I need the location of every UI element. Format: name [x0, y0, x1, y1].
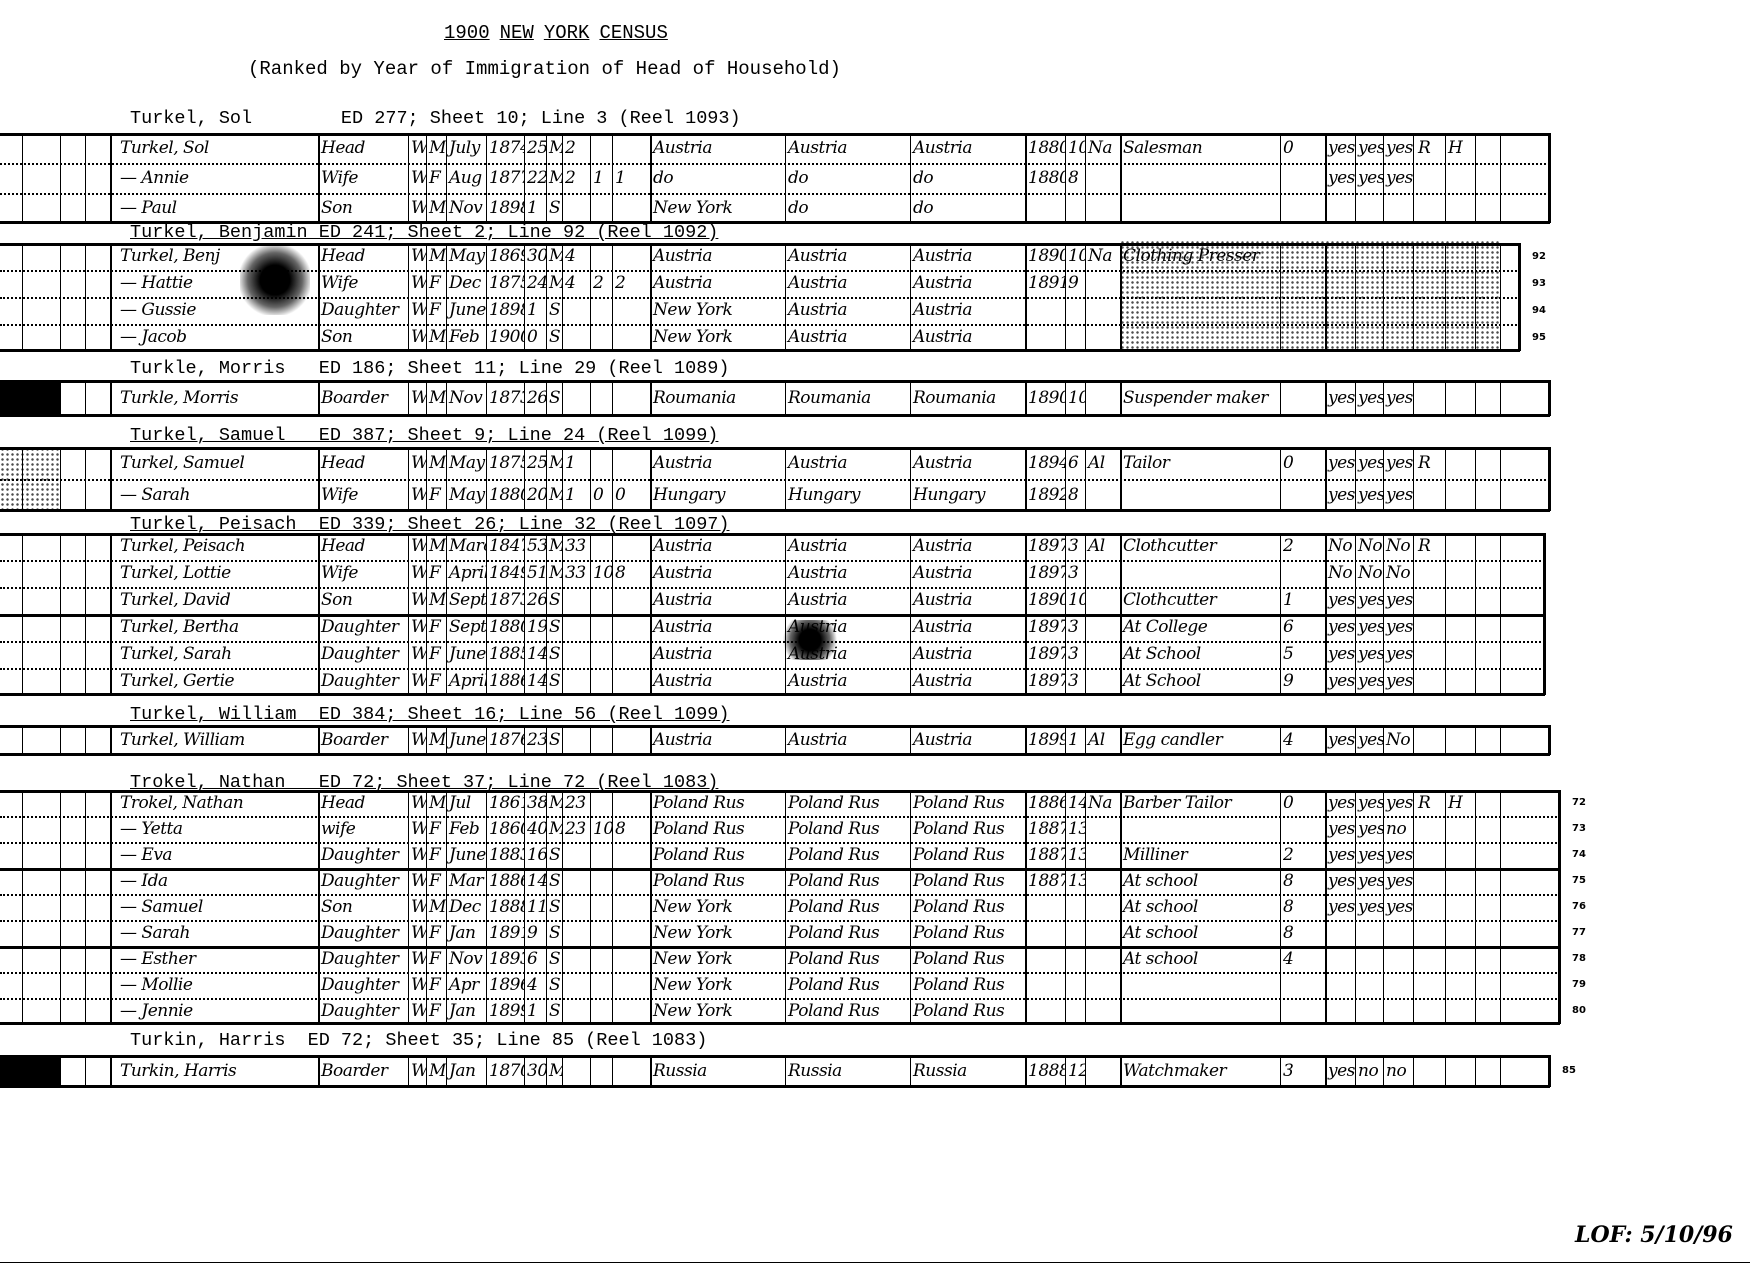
cell-write: yes — [1355, 868, 1383, 894]
cell-mother-birthplace: Poland Rus — [910, 946, 1025, 972]
cell-english: yes — [1383, 380, 1413, 416]
cell-birth-month: June — [446, 842, 486, 868]
cell-birth-month: Apr — [446, 972, 486, 998]
cell-home — [1415, 668, 1445, 695]
cell-birth-year: 1885 — [486, 641, 524, 668]
cell-sex: M — [426, 725, 446, 755]
cell-read: yes — [1325, 668, 1355, 695]
cell-name: — Yetta — [110, 816, 310, 842]
cell-read: yes — [1325, 163, 1355, 193]
cell-english: No — [1383, 560, 1413, 587]
margin-line-number: 73 — [1572, 823, 1586, 834]
cell-age: 24 — [524, 270, 546, 297]
cell-immigration-year — [1025, 324, 1065, 351]
margin-line-number: 79 — [1572, 979, 1586, 990]
cell-home — [1415, 193, 1445, 223]
row-separator — [0, 972, 1560, 974]
cell-read — [1325, 998, 1355, 1024]
cell-children-living — [612, 193, 634, 223]
census-table: Turkle, MorrisBoarderWMNov187326SRoumani… — [0, 380, 1550, 416]
cell-race: W — [408, 790, 426, 816]
cell-marital: S — [546, 193, 562, 223]
row-separator — [0, 479, 1550, 481]
cell-naturalization — [1085, 894, 1115, 920]
cell-years-married — [562, 894, 590, 920]
cell-occupation: Egg candler — [1120, 725, 1280, 755]
cell-years-married — [562, 668, 590, 695]
cell-home — [1415, 842, 1445, 868]
cell-occupation: Milliner — [1120, 842, 1280, 868]
cell-mother-birthplace: Poland Rus — [910, 816, 1025, 842]
cell-years-in-us: 8 — [1065, 479, 1085, 511]
cell-years-in-us: 3 — [1065, 533, 1085, 560]
cell-name: Turkel, Lottie — [110, 560, 310, 587]
document-title: 1900NEWYORKCENSUS — [444, 22, 678, 44]
cell-home — [1415, 1055, 1445, 1087]
census-table: Turkel, SolHeadWMJuly187425M2AustriaAust… — [0, 133, 1550, 223]
cell-read: yes — [1325, 790, 1355, 816]
cell-immigration-year — [1025, 894, 1065, 920]
census-row: Turkel, PeisachHeadWMMarch184753M33Austr… — [0, 533, 1545, 560]
census-row: — SarahDaughterWFJan18919SNew YorkPoland… — [0, 920, 1560, 946]
cell-marital: S — [546, 894, 562, 920]
cell-english: yes — [1383, 163, 1413, 193]
cell-sex: F — [426, 972, 446, 998]
cell-marital: S — [546, 868, 562, 894]
cell-children-living — [612, 842, 634, 868]
cell-years-married: 33 — [562, 560, 590, 587]
cell-father-birthplace: Poland Rus — [785, 790, 905, 816]
cell-father-birthplace: Austria — [785, 324, 905, 351]
cell-race: W — [408, 324, 426, 351]
cell-english: no — [1383, 816, 1413, 842]
cell-home: R — [1415, 790, 1445, 816]
cell-age: 26 — [524, 380, 546, 416]
cell-children-living: 1 — [612, 163, 634, 193]
cell-race: W — [408, 1055, 426, 1087]
cell-birth-year: 1849 — [486, 560, 524, 587]
cell-name: Turkel, Gertie — [110, 668, 310, 695]
cell-race: W — [408, 587, 426, 614]
cell-race: W — [408, 842, 426, 868]
title-new: NEW — [500, 22, 534, 44]
cell-immigration-year: 1891 — [1025, 270, 1065, 297]
cell-immigration-year: 1888 — [1025, 1055, 1065, 1087]
cell-race: W — [408, 479, 426, 511]
cell-birthplace: Austria — [650, 725, 780, 755]
cell-marital: S — [546, 614, 562, 641]
cell-naturalization — [1085, 972, 1115, 998]
cell-read: yes — [1325, 641, 1355, 668]
cell-immigration-year — [1025, 998, 1065, 1024]
cell-marital: M — [546, 163, 562, 193]
cell-birth-month: Feb — [446, 324, 486, 351]
cell-read — [1325, 193, 1355, 223]
cell-marital: M — [546, 533, 562, 560]
cell-naturalization — [1085, 587, 1115, 614]
cell-birthplace: Poland Rus — [650, 816, 780, 842]
cell-children-born — [590, 614, 612, 641]
row-separator — [0, 587, 1545, 589]
cell-read: yes — [1325, 133, 1355, 163]
cell-years-married — [562, 587, 590, 614]
cell-home — [1415, 816, 1445, 842]
cell-years-in-us: 14 — [1065, 790, 1085, 816]
row-separator — [0, 641, 1545, 643]
cell-years-married — [562, 1055, 590, 1087]
cell-mother-birthplace: Poland Rus — [910, 790, 1025, 816]
cell-father-birthplace: Austria — [785, 668, 905, 695]
cell-children-living — [612, 946, 634, 972]
cell-months-unemployed: 1 — [1280, 587, 1320, 614]
cell-years-in-us: 10 — [1065, 587, 1085, 614]
cell-write: yes — [1355, 725, 1383, 755]
cell-mother-birthplace: Austria — [910, 614, 1025, 641]
cell-english: yes — [1383, 479, 1413, 511]
cell-children-born — [590, 587, 612, 614]
cell-english — [1383, 920, 1413, 946]
cell-farm — [1445, 998, 1475, 1024]
cell-children-living — [612, 668, 634, 695]
cell-relation: Head — [318, 243, 408, 270]
cell-years-married — [562, 193, 590, 223]
cell-mother-birthplace: Austria — [910, 668, 1025, 695]
cell-years-married — [562, 920, 590, 946]
cell-birth-month: March — [446, 533, 486, 560]
cell-english: yes — [1383, 668, 1413, 695]
cell-farm — [1445, 447, 1475, 479]
cell-years-married: 4 — [562, 270, 590, 297]
cell-children-born: 2 — [590, 270, 612, 297]
census-table: Turkel, PeisachHeadWMMarch184753M33Austr… — [0, 533, 1545, 695]
cell-naturalization — [1085, 998, 1115, 1024]
cell-immigration-year — [1025, 297, 1065, 324]
cell-years-married: 2 — [562, 163, 590, 193]
cell-farm — [1445, 972, 1475, 998]
cell-race: W — [408, 447, 426, 479]
cell-children-living — [612, 447, 634, 479]
cell-birthplace: Austria — [650, 533, 780, 560]
cell-father-birthplace: Poland Rus — [785, 920, 905, 946]
cell-years-in-us: 13 — [1065, 816, 1085, 842]
cell-english: yes — [1383, 447, 1413, 479]
cell-home: R — [1415, 447, 1445, 479]
cell-birth-month: June — [446, 725, 486, 755]
cell-father-birthplace: Austria — [785, 133, 905, 163]
cell-children-living: 8 — [612, 560, 634, 587]
cell-birth-month: Jan — [446, 998, 486, 1024]
cell-write: yes — [1355, 668, 1383, 695]
cell-years-in-us: 12 — [1065, 1055, 1085, 1087]
cell-occupation: At School — [1120, 641, 1280, 668]
cell-birth-year: 1875 — [486, 270, 524, 297]
cell-sex: M — [426, 894, 446, 920]
cell-years-married: 1 — [562, 479, 590, 511]
row-separator — [0, 894, 1560, 896]
cell-write: yes — [1355, 380, 1383, 416]
cell-children-born — [590, 243, 612, 270]
cell-relation: Daughter — [318, 668, 408, 695]
cell-birth-month: June — [446, 297, 486, 324]
cell-immigration-year: 1887 — [1025, 842, 1065, 868]
cell-age: 19 — [524, 614, 546, 641]
census-row: — JennieDaughterWFJan18991SNew YorkPolan… — [0, 998, 1560, 1024]
cell-read: yes — [1325, 380, 1355, 416]
row-separator — [0, 816, 1560, 818]
cell-occupation: At College — [1120, 614, 1280, 641]
cell-immigration-year: 1892 — [1025, 479, 1065, 511]
cell-english — [1383, 946, 1413, 972]
cell-birth-year: 1893 — [486, 946, 524, 972]
cell-birthplace: Austria — [650, 270, 780, 297]
cell-sex: F — [426, 842, 446, 868]
ink-smudge — [1120, 240, 1500, 350]
cell-sex: F — [426, 920, 446, 946]
cell-children-born: 0 — [590, 479, 612, 511]
cell-age: 16 — [524, 842, 546, 868]
cell-write: yes — [1355, 894, 1383, 920]
cell-age: 25 — [524, 133, 546, 163]
cell-father-birthplace: Poland Rus — [785, 894, 905, 920]
margin-line-number: 80 — [1572, 1005, 1586, 1016]
cell-months-unemployed: 8 — [1280, 868, 1320, 894]
cell-mother-birthplace: Austria — [910, 270, 1025, 297]
cell-relation: Daughter — [318, 614, 408, 641]
cell-mother-birthplace: Poland Rus — [910, 998, 1025, 1024]
cell-birth-year: 1891 — [486, 920, 524, 946]
cell-children-born — [590, 668, 612, 695]
row-separator — [0, 842, 1560, 844]
cell-occupation — [1120, 972, 1280, 998]
cell-months-unemployed — [1280, 560, 1320, 587]
cell-father-birthplace: Poland Rus — [785, 972, 905, 998]
cell-birth-year: 1876 — [486, 725, 524, 755]
cell-relation: Head — [318, 447, 408, 479]
cell-write: yes — [1355, 816, 1383, 842]
cell-months-unemployed: 0 — [1280, 790, 1320, 816]
cell-birthplace: Poland Rus — [650, 868, 780, 894]
cell-age: 30 — [524, 243, 546, 270]
cell-write: yes — [1355, 447, 1383, 479]
cell-naturalization: Na — [1085, 133, 1115, 163]
household-label: Turkel, Peisach ED 339; Sheet 26; Line 3… — [130, 514, 730, 535]
cell-naturalization — [1085, 920, 1115, 946]
cell-children-born — [590, 380, 612, 416]
cell-relation: Daughter — [318, 842, 408, 868]
cell-months-unemployed: 8 — [1280, 920, 1320, 946]
cell-occupation: Tailor — [1120, 447, 1280, 479]
cell-birth-year: 1896 — [486, 972, 524, 998]
cell-english: yes — [1383, 790, 1413, 816]
cell-write — [1355, 946, 1383, 972]
cell-years-in-us — [1065, 324, 1085, 351]
cell-birth-year: 1899 — [486, 998, 524, 1024]
cell-months-unemployed: 4 — [1280, 946, 1320, 972]
cell-relation: wife — [318, 816, 408, 842]
cell-home — [1415, 587, 1445, 614]
cell-home — [1415, 998, 1445, 1024]
cell-age: 1 — [524, 297, 546, 324]
cell-children-living: 0 — [612, 479, 634, 511]
cell-occupation: At school — [1120, 946, 1280, 972]
cell-mother-birthplace: do — [910, 193, 1025, 223]
cell-years-married — [562, 842, 590, 868]
cell-years-in-us: 8 — [1065, 163, 1085, 193]
cell-months-unemployed — [1280, 163, 1320, 193]
cell-years-married: 23 — [562, 816, 590, 842]
cell-children-born — [590, 641, 612, 668]
cell-relation: Son — [318, 587, 408, 614]
cell-mother-birthplace: Russia — [910, 1055, 1025, 1087]
cell-write: no — [1355, 1055, 1383, 1087]
ink-smudge — [780, 620, 840, 660]
cell-mother-birthplace: Poland Rus — [910, 842, 1025, 868]
cell-race: W — [408, 163, 426, 193]
cell-marital: S — [546, 641, 562, 668]
cell-naturalization — [1085, 270, 1115, 297]
cell-marital: M — [546, 270, 562, 297]
cell-father-birthplace: do — [785, 193, 905, 223]
cell-marital: S — [546, 998, 562, 1024]
cell-farm — [1445, 842, 1475, 868]
cell-farm — [1445, 816, 1475, 842]
cell-english: yes — [1383, 641, 1413, 668]
cell-name: — Sarah — [110, 920, 310, 946]
cell-father-birthplace: Poland Rus — [785, 816, 905, 842]
cell-race: W — [408, 868, 426, 894]
cell-birth-year: 1900 — [486, 324, 524, 351]
cell-sex: M — [426, 533, 446, 560]
cell-home — [1415, 725, 1445, 755]
census-row: — SamuelSonWMDec188811SNew YorkPoland Ru… — [0, 894, 1560, 920]
cell-naturalization — [1085, 816, 1115, 842]
cell-farm — [1445, 920, 1475, 946]
row-separator — [0, 614, 1545, 617]
cell-birth-month: Jan — [446, 1055, 486, 1087]
cell-occupation: Clothcutter — [1120, 587, 1280, 614]
cell-years-married — [562, 868, 590, 894]
cell-mother-birthplace: do — [910, 163, 1025, 193]
cell-mother-birthplace: Austria — [910, 641, 1025, 668]
cell-name: — Jacob — [110, 324, 310, 351]
cell-father-birthplace: Poland Rus — [785, 842, 905, 868]
cell-birth-month: Nov — [446, 380, 486, 416]
cell-race: W — [408, 920, 426, 946]
cell-name: Turkel, Bertha — [110, 614, 310, 641]
cell-age: 30 — [524, 1055, 546, 1087]
cell-farm — [1445, 894, 1475, 920]
cell-mother-birthplace: Austria — [910, 243, 1025, 270]
census-table: Trokel, NathanHeadWMJul186138M23Poland R… — [0, 790, 1560, 1024]
cell-naturalization — [1085, 163, 1115, 193]
cell-naturalization — [1085, 614, 1115, 641]
cell-write: yes — [1355, 587, 1383, 614]
cell-race: W — [408, 297, 426, 324]
cell-farm — [1445, 163, 1475, 193]
cell-race: W — [408, 243, 426, 270]
cell-years-in-us — [1065, 946, 1085, 972]
cell-years-in-us — [1065, 193, 1085, 223]
cell-occupation: At school — [1120, 894, 1280, 920]
cell-write: yes — [1355, 163, 1383, 193]
cell-mother-birthplace: Austria — [910, 324, 1025, 351]
cell-sex: M — [426, 133, 446, 163]
cell-birthplace: New York — [650, 998, 780, 1024]
cell-write: yes — [1355, 842, 1383, 868]
cell-birthplace: Austria — [650, 133, 780, 163]
cell-english: yes — [1383, 587, 1413, 614]
cell-name: — Esther — [110, 946, 310, 972]
cell-race: W — [408, 133, 426, 163]
cell-read: yes — [1325, 1055, 1355, 1087]
cell-birthplace: Austria — [650, 587, 780, 614]
cell-marital: S — [546, 725, 562, 755]
cell-children-living — [612, 972, 634, 998]
cell-marital: M — [546, 790, 562, 816]
cell-years-in-us — [1065, 972, 1085, 998]
census-row: Turkel, WilliamBoarderWMJune187623SAustr… — [0, 725, 1550, 755]
cell-naturalization: Na — [1085, 243, 1115, 270]
cell-mother-birthplace: Austria — [910, 297, 1025, 324]
cell-occupation: Suspender maker — [1120, 380, 1280, 416]
cell-birthplace: Austria — [650, 641, 780, 668]
cell-naturalization — [1085, 842, 1115, 868]
cell-relation: Head — [318, 533, 408, 560]
cell-sex: F — [426, 868, 446, 894]
cell-birth-month: Sept — [446, 587, 486, 614]
cell-name: — Jennie — [110, 998, 310, 1024]
cell-home — [1415, 380, 1445, 416]
cell-years-married — [562, 614, 590, 641]
cell-occupation: At school — [1120, 868, 1280, 894]
cell-birth-month: Nov — [446, 946, 486, 972]
household-label: Turkel, William ED 384; Sheet 16; Line 5… — [130, 704, 730, 725]
cell-mother-birthplace: Poland Rus — [910, 920, 1025, 946]
cell-home — [1415, 972, 1445, 998]
cell-race: W — [408, 972, 426, 998]
cell-birth-year: 1880 — [486, 479, 524, 511]
cell-birthplace: New York — [650, 193, 780, 223]
cell-read: yes — [1325, 587, 1355, 614]
census-row: Turkle, MorrisBoarderWMNov187326SRoumani… — [0, 380, 1550, 416]
cell-relation: Boarder — [318, 380, 408, 416]
cell-children-living — [612, 587, 634, 614]
document-subtitle: (Ranked by Year of Immigration of Head o… — [248, 58, 841, 80]
cell-immigration-year: 1899 — [1025, 725, 1065, 755]
row-separator — [0, 920, 1560, 922]
cell-children-living — [612, 894, 634, 920]
cell-occupation: At School — [1120, 668, 1280, 695]
cell-years-married: 4 — [562, 243, 590, 270]
cell-birthplace: New York — [650, 324, 780, 351]
cell-age: 51 — [524, 560, 546, 587]
cell-birth-month: Dec — [446, 894, 486, 920]
cell-birth-month: Feb — [446, 816, 486, 842]
cell-english — [1383, 193, 1413, 223]
household-label: Turkle, Morris ED 186; Sheet 11; Line 29… — [130, 358, 730, 379]
census-row: Turkel, LottieWifeWFApril184951M33108Aus… — [0, 560, 1545, 587]
cell-birthplace: Roumania — [650, 380, 780, 416]
margin-line-number: 74 — [1572, 849, 1586, 860]
cell-english: No — [1383, 533, 1413, 560]
cell-naturalization: Al — [1085, 447, 1115, 479]
cell-occupation — [1120, 560, 1280, 587]
cell-marital: M — [546, 560, 562, 587]
cell-birthplace: Austria — [650, 243, 780, 270]
margin-line-number: 78 — [1572, 953, 1586, 964]
cell-naturalization — [1085, 560, 1115, 587]
cell-read: yes — [1325, 894, 1355, 920]
